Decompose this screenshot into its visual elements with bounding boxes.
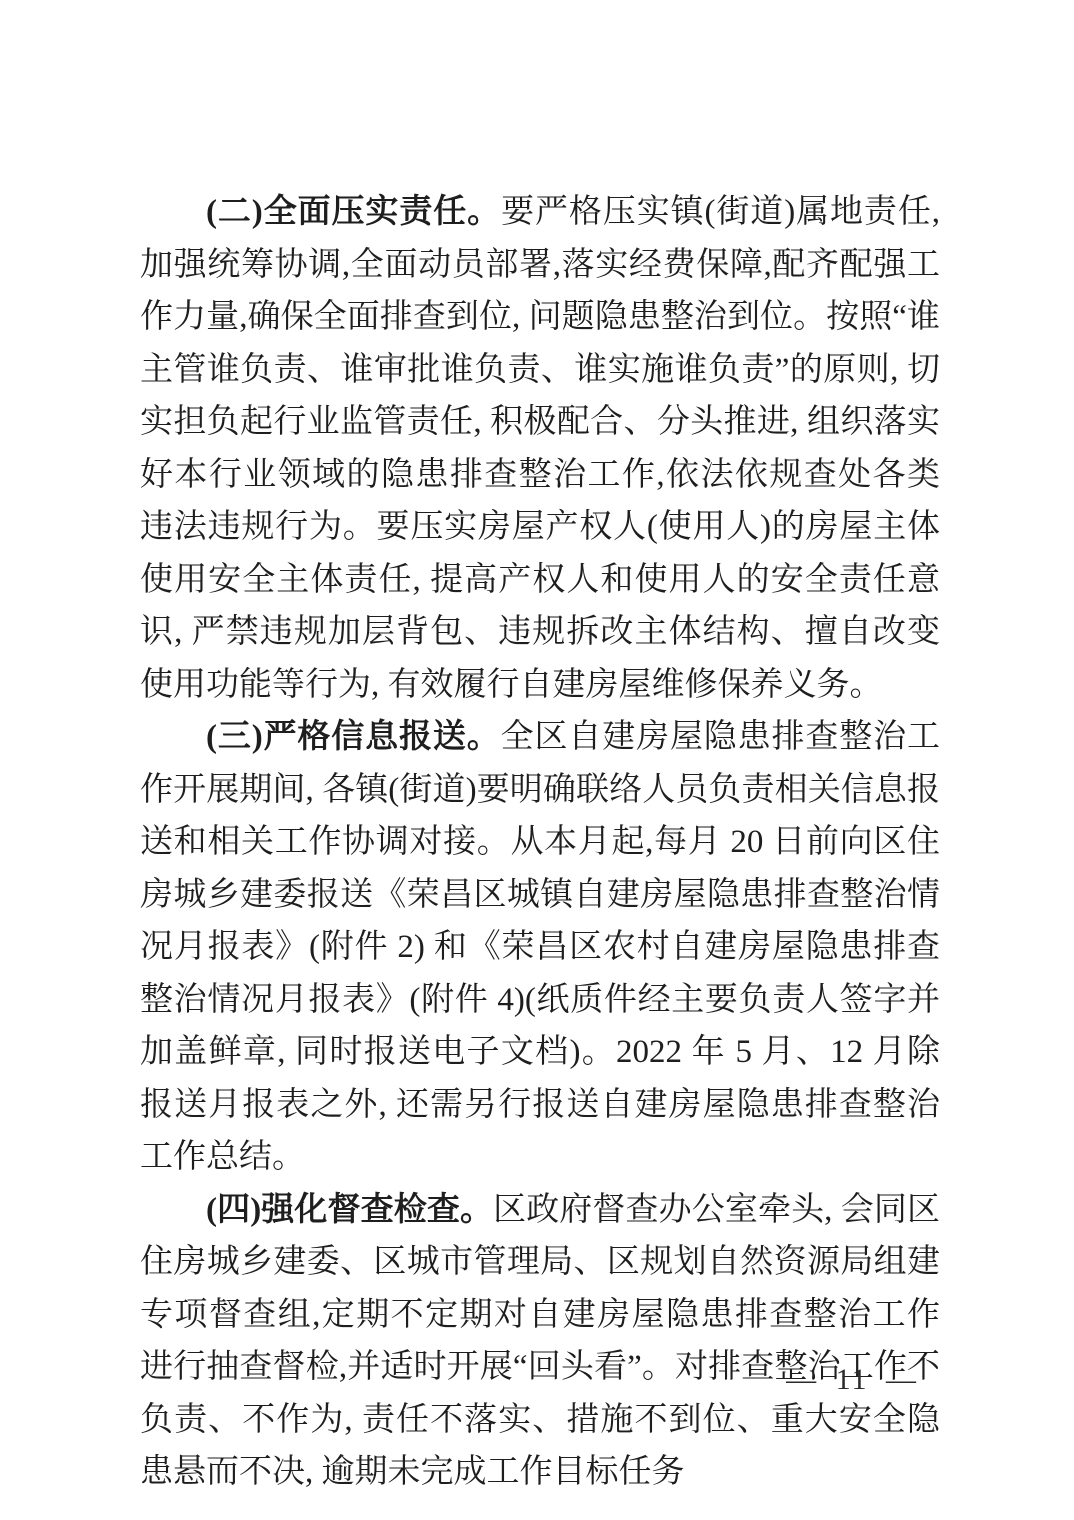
section-3-body-text: 全区自建房屋隐患排查整治工作开展期间, 各镇(街道)要明确联络人员负责相关信息报…: [140, 719, 940, 1175]
document-body: (二)全面压实责任。要严格压实镇(街道)属地责任,加强统筹协调,全面动员部署,落…: [140, 186, 940, 1499]
section-2-heading: (二)全面压实责任。: [206, 194, 501, 230]
page-number: — 11 —: [786, 1360, 918, 1400]
section-4-body-text: 区政府督查办公室牵头, 会同区住房城乡建委、区城市管理局、区规划自然资源局组建专…: [140, 1192, 940, 1491]
section-4-heading: (四)强化督查检查。: [206, 1192, 493, 1228]
section-3-heading: (三)严格信息报送。: [206, 719, 501, 755]
document-page: (二)全面压实责任。要严格压实镇(街道)属地责任,加强统筹协调,全面动员部署,落…: [0, 0, 1074, 1520]
paragraph-section-3: (三)严格信息报送。全区自建房屋隐患排查整治工作开展期间, 各镇(街道)要明确联…: [140, 711, 940, 1184]
paragraph-section-2: (二)全面压实责任。要严格压实镇(街道)属地责任,加强统筹协调,全面动员部署,落…: [140, 186, 940, 711]
paragraph-section-4: (四)强化督查检查。区政府督查办公室牵头, 会同区住房城乡建委、区城市管理局、区…: [140, 1184, 940, 1499]
section-2-body-text: 要严格压实镇(街道)属地责任,加强统筹协调,全面动员部署,落实经费保障,配齐配强…: [140, 194, 940, 703]
